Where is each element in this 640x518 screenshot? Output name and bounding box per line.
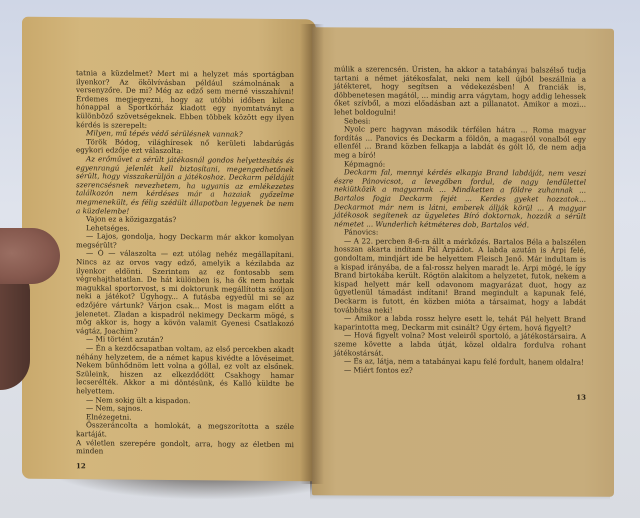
paragraph: múlik a szerencsén. Úristen, ha akkor a …	[334, 65, 586, 118]
paragraph: tatnia a küzdelmet? Mert mi a helyzet má…	[76, 69, 294, 131]
left-page-text: tatnia a küzdelmet? Mert mi a helyzet má…	[76, 69, 294, 458]
right-page-text: múlik a szerencsén. Úristen, ha akkor a …	[334, 65, 586, 376]
book-gutter	[300, 24, 324, 484]
left-page-number: 12	[76, 462, 294, 472]
paragraph: — A 22. percben 8-6-ra állt a mérkőzés. …	[334, 237, 586, 316]
right-page-number: 13	[334, 393, 586, 403]
paragraph: — Miért fontos ez?	[334, 366, 586, 376]
paragraph: Nyolc perc hagyvan második térfélen hátr…	[334, 125, 586, 161]
paragraph: Deckarm fal, mennyi kérdés elkapja Brand…	[334, 168, 586, 229]
paragraph: — Ó — válaszolta — ezt utólag nehéz megá…	[76, 250, 294, 338]
right-page: múlik a szerencsén. Úristen, ha akkor a …	[312, 27, 614, 497]
hand	[0, 270, 30, 390]
paragraph: Az erőművet a sérült játékosnál gondos h…	[76, 155, 294, 217]
paragraph: — Hová figyelt volna? Most veleiről spor…	[334, 332, 586, 359]
thumb	[0, 228, 60, 284]
paragraph: — Én a kezdőcsapatban voltam, az első pe…	[76, 344, 294, 397]
left-page: tatnia a küzdelmet? Mert mi a helyzet má…	[22, 17, 316, 482]
paragraph: A véletlen szerepére gondolt, arra, hogy…	[76, 439, 294, 458]
